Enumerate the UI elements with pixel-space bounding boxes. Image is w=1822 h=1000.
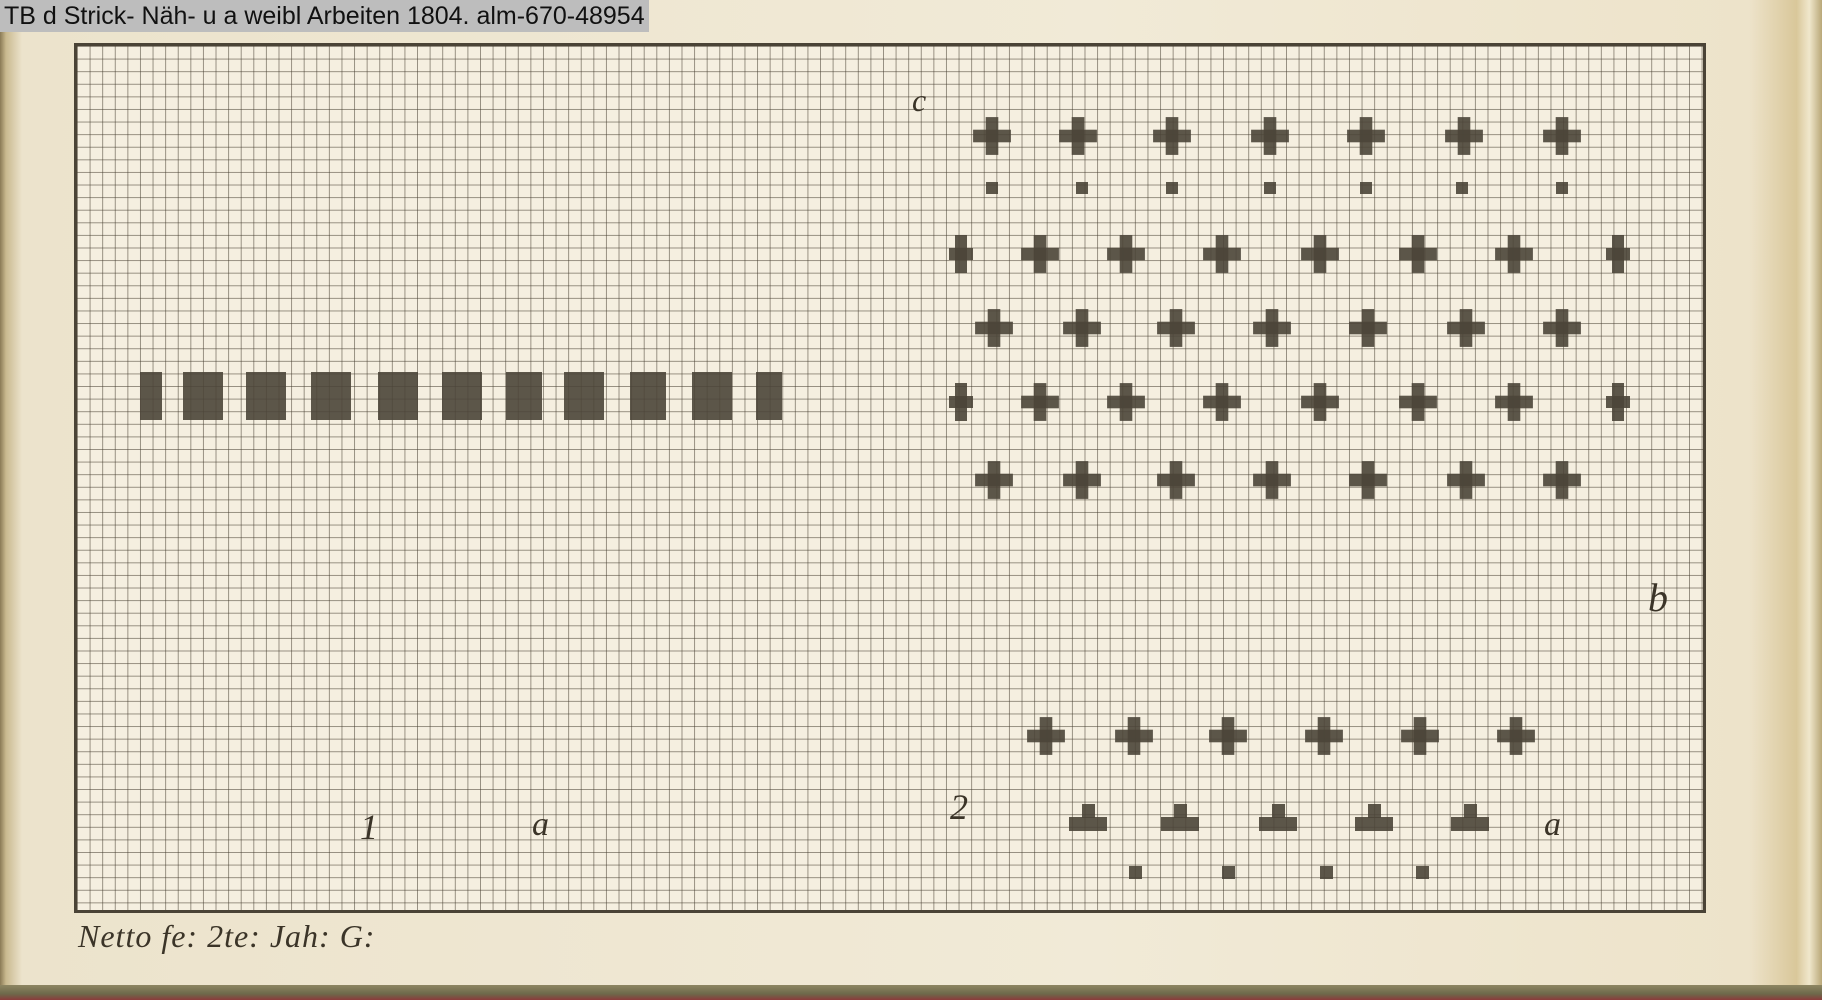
label-c: c <box>912 82 926 119</box>
label-figure-1: 1 <box>360 806 378 848</box>
label-a-right: a <box>1544 806 1561 844</box>
image-title: TB d Strick- Näh- u a weibl Arbeiten 180… <box>0 0 649 32</box>
knitting-pattern-plate <box>74 43 1706 913</box>
engraver-signature: Netto fe: 2te: Jah: G: <box>78 918 375 955</box>
label-figure-2: 2 <box>950 786 968 828</box>
book-edge <box>0 985 1822 1000</box>
label-a-left: a <box>532 806 549 844</box>
label-b: b <box>1648 574 1668 621</box>
